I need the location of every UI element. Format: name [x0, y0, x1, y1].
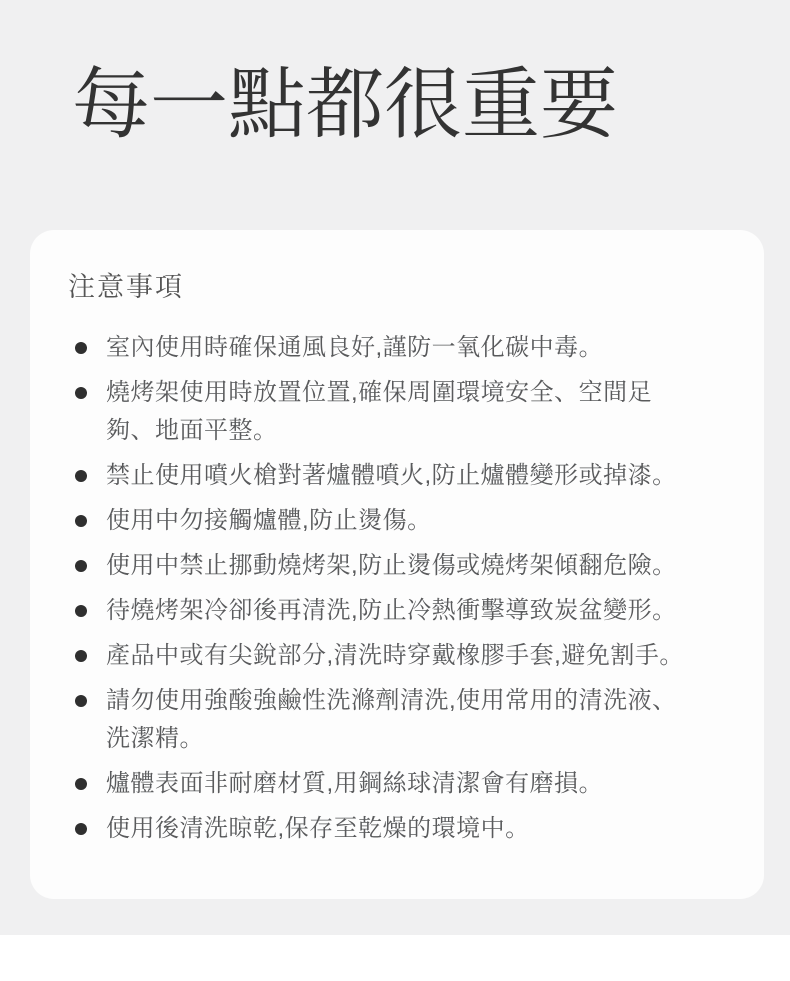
notice-item: 燒烤架使用時放置位置,確保周圍環境安全、空間足 夠、地面平整。 [75, 374, 730, 450]
notice-item-text: 禁止使用噴火槍對著爐體噴火,防止爐體變形或掉漆。 [106, 457, 677, 495]
product-notice-page: 每一點都很重要 注意事項 室內使用時確保通風良好,謹防一氧化碳中毒。 燒烤架使用… [0, 0, 790, 981]
notice-item-text: 燒烤架使用時放置位置,確保周圍環境安全、空間足 夠、地面平整。 [106, 374, 652, 450]
notice-item: 室內使用時確保通風良好,謹防一氧化碳中毒。 [75, 329, 730, 367]
notice-card: 注意事項 室內使用時確保通風良好,謹防一氧化碳中毒。 燒烤架使用時放置位置,確保… [30, 230, 764, 899]
notice-item-text: 使用後清洗晾乾,保存至乾燥的環境中。 [106, 810, 530, 848]
bullet-dot-icon [75, 470, 87, 482]
bullet-dot-icon [75, 342, 87, 354]
bullet-dot-icon [75, 605, 87, 617]
notice-item-text: 產品中或有尖銳部分,清洗時穿戴橡膠手套,避免割手。 [106, 637, 684, 675]
bullet-dot-icon [75, 823, 87, 835]
bullet-dot-icon [75, 650, 87, 662]
notice-item: 請勿使用強酸強鹼性洗滌劑清洗,使用常用的清洗液、 洗潔精。 [75, 682, 730, 758]
notice-item: 使用中勿接觸爐體,防止燙傷。 [75, 502, 730, 540]
notice-item-text: 室內使用時確保通風良好,謹防一氧化碳中毒。 [106, 329, 603, 367]
notice-item: 禁止使用噴火槍對著爐體噴火,防止爐體變形或掉漆。 [75, 457, 730, 495]
bullet-dot-icon [75, 387, 87, 399]
bullet-dot-icon [75, 515, 87, 527]
notice-item: 使用後清洗晾乾,保存至乾燥的環境中。 [75, 810, 730, 848]
notice-item: 使用中禁止挪動燒烤架,防止燙傷或燒烤架傾翻危險。 [75, 547, 730, 585]
bullet-dot-icon [75, 778, 87, 790]
bullet-dot-icon [75, 560, 87, 572]
page-title: 每一點都很重要 [72, 60, 790, 150]
notice-item-text: 使用中禁止挪動燒烤架,防止燙傷或燒烤架傾翻危險。 [106, 547, 677, 585]
notice-item-text: 待燒烤架冷卻後再清洗,防止冷熱衝擊導致炭盆變形。 [106, 592, 677, 630]
notice-item: 爐體表面非耐磨材質,用鋼絲球清潔會有磨損。 [75, 765, 730, 803]
notice-list: 室內使用時確保通風良好,謹防一氧化碳中毒。 燒烤架使用時放置位置,確保周圍環境安… [68, 329, 730, 848]
notice-item: 待燒烤架冷卻後再清洗,防止冷熱衝擊導致炭盆變形。 [75, 592, 730, 630]
notice-item-text: 爐體表面非耐磨材質,用鋼絲球清潔會有磨損。 [106, 765, 603, 803]
notice-item: 產品中或有尖銳部分,清洗時穿戴橡膠手套,避免割手。 [75, 637, 730, 675]
notice-card-title: 注意事項 [68, 270, 730, 305]
bullet-dot-icon [75, 695, 87, 707]
notice-item-text: 請勿使用強酸強鹼性洗滌劑清洗,使用常用的清洗液、 洗潔精。 [106, 682, 677, 758]
gray-background-section: 每一點都很重要 注意事項 室內使用時確保通風良好,謹防一氧化碳中毒。 燒烤架使用… [0, 0, 790, 935]
notice-item-text: 使用中勿接觸爐體,防止燙傷。 [106, 502, 432, 540]
